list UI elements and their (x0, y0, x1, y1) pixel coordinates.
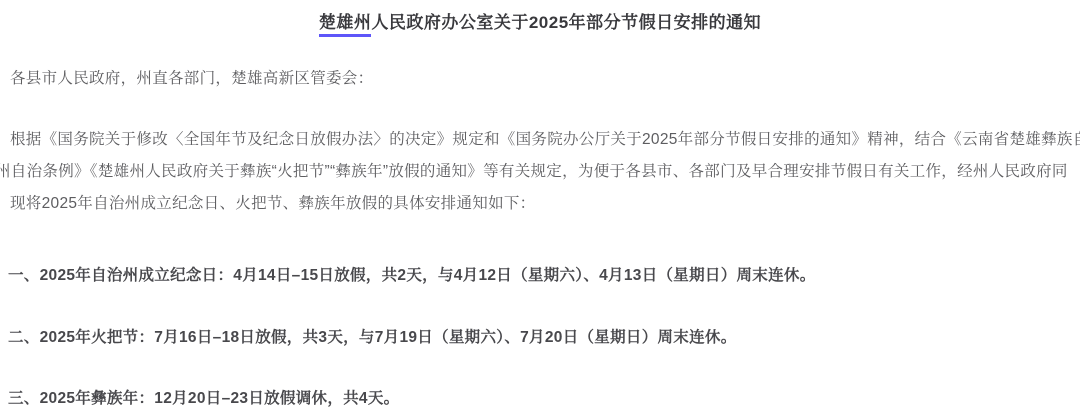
paragraph-line-3: 现将2025年自治州成立纪念日、火把节、彝族年放假的具体安排通知如下： (10, 196, 535, 212)
title-highlight-link[interactable]: 楚雄州 (319, 13, 372, 37)
paragraph-line-1: 根据《国务院关于修改〈全国年节及纪念日放假办法〉的决定》规定和《国务院办公厅关于… (10, 132, 1080, 148)
holiday-item-torch-festival: 二、2025年火把节：7月16日–18日放假，共3天，与7月19日（星期六）、7… (8, 330, 737, 346)
salutation-line: 各县市人民政府，州直各部门，楚雄高新区管委会： (10, 71, 373, 87)
title-rest-text: 人民政府办公室关于2025年部分节假日安排的通知 (371, 13, 761, 32)
holiday-item-yi-new-year: 三、2025年彝族年：12月20日–23日放假调休，共4天。 (8, 391, 399, 407)
paragraph-line-2: 州自治条例》《楚雄州人民政府关于彝族“火把节”“彝族年”放假的通知》等有关规定，… (0, 164, 1068, 180)
notice-document: 楚雄州人民政府办公室关于2025年部分节假日安排的通知 各县市人民政府，州直各部… (0, 0, 1080, 414)
document-title: 楚雄州人民政府办公室关于2025年部分节假日安排的通知 (0, 8, 1080, 33)
holiday-item-founding-anniversary: 一、2025年自治州成立纪念日：4月14日–15日放假，共2天，与4月12日（星… (8, 268, 816, 284)
